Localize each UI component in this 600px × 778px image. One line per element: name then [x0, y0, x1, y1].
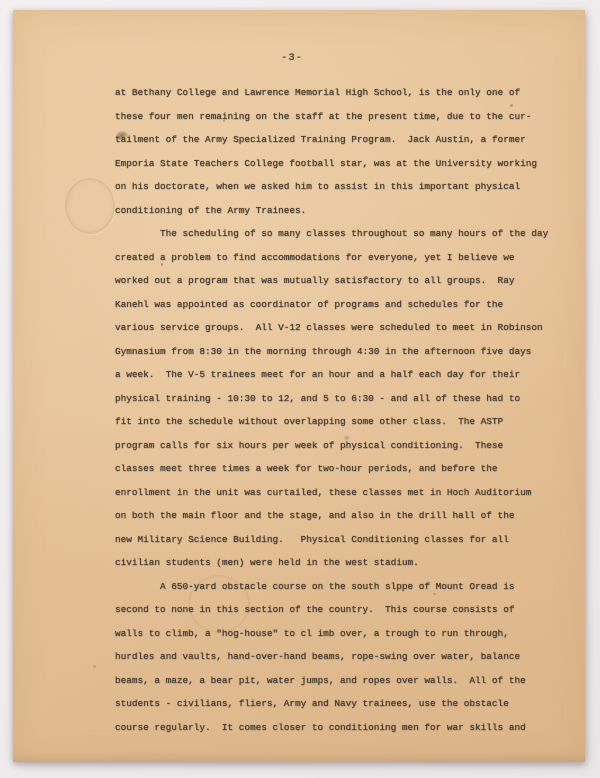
document-page: -3- at Bethany College and Lawrence Memo…: [13, 10, 585, 762]
page-bottom-shade: [13, 752, 585, 762]
embossed-seal-mark: [65, 178, 115, 234]
paper-speck: [93, 665, 96, 668]
typewritten-body: at Bethany College and Lawrence Memorial…: [115, 81, 555, 739]
page-number: -3-: [13, 52, 571, 64]
